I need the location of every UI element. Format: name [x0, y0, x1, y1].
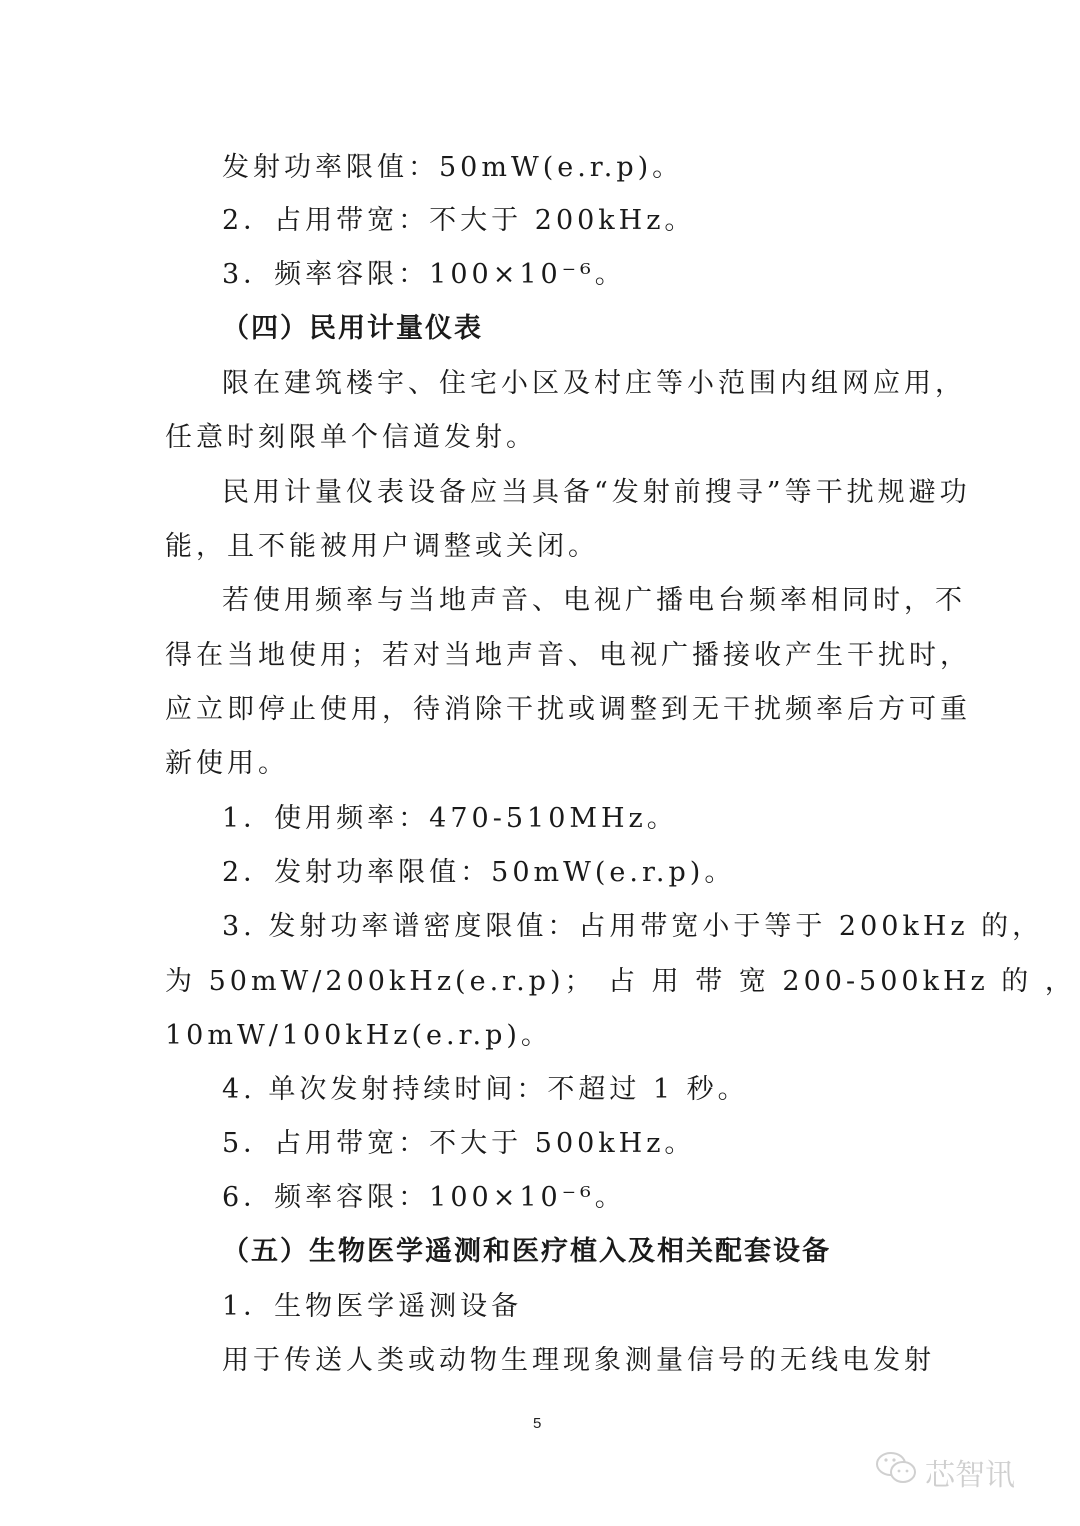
text-line: 1．生物医学遥测设备: [222, 1287, 522, 1327]
text-line: 能，且不能被用户调整或关闭。: [165, 527, 599, 567]
text-line: 为 50mW/200kHz(e.r.p)； 占 用 带 宽 200-500kHz…: [165, 962, 1080, 1002]
text-line: 应立即停止使用，待消除干扰或调整到无干扰频率后方可重: [165, 690, 971, 730]
text-line: 得在当地使用；若对当地声音、电视广播接收产生干扰时，: [165, 636, 971, 676]
watermark: 芯智讯: [875, 1450, 1015, 1494]
wechat-icon: [875, 1450, 925, 1494]
watermark-text: 芯智讯: [925, 1450, 1015, 1494]
text-line: 用于传送人类或动物生理现象测量信号的无线电发射: [222, 1341, 935, 1381]
document-page: 发射功率限值：50mW(e.r.p)。 2．占用带宽：不大于 200kHz。 3…: [0, 0, 1080, 1526]
text-line: 民用计量仪表设备应当具备“发射前搜寻”等干扰规避功: [222, 473, 971, 513]
text-line: 限在建筑楼宇、住宅小区及村庄等小范围内组网应用，: [222, 364, 966, 404]
text-line: 10mW/100kHz(e.r.p)。: [165, 1016, 552, 1056]
page-number: 5: [533, 1415, 541, 1432]
text-line: 3. 发射功率谱密度限值：占用带宽小于等于 200kHz 的，: [222, 907, 1043, 947]
text-line: 任意时刻限单个信道发射。: [165, 418, 537, 458]
text-line: 若使用频率与当地声音、电视广播电台频率相同时，不: [222, 581, 966, 621]
text-line: 2．发射功率限值：50mW(e.r.p)。: [222, 853, 735, 893]
text-line: 6．频率容限：100×10⁻⁶。: [222, 1178, 626, 1218]
text-line: 发射功率限值：50mW(e.r.p)。: [222, 148, 683, 188]
text-line: 3．频率容限：100×10⁻⁶。: [222, 255, 626, 295]
text-line: 1．使用频率：470-510MHz。: [222, 799, 678, 839]
text-line: 5．占用带宽：不大于 500kHz。: [222, 1124, 695, 1164]
section-heading: （五）生物医学遥测和医疗植入及相关配套设备: [222, 1232, 831, 1272]
text-line: 4. 单次发射持续时间：不超过 1 秒。: [222, 1070, 749, 1110]
section-heading: （四）民用计量仪表: [222, 309, 483, 349]
text-line: 2．占用带宽：不大于 200kHz。: [222, 201, 695, 241]
text-line: 新使用。: [165, 744, 289, 784]
